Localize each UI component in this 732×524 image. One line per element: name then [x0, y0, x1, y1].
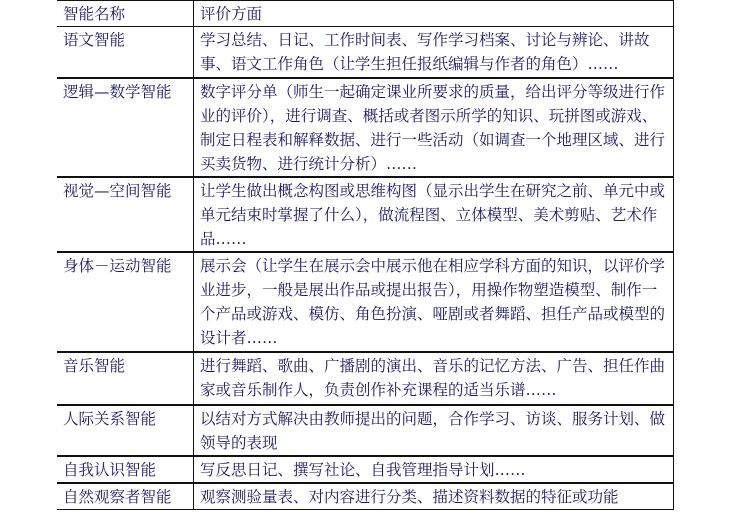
table-header-row: 智能名称 评价方面: [57, 1, 674, 27]
assessment-aspects: 学习总结、日记、工作时间表、写作学习档案、讨论与辨论、讲故事、语文工作角色（让学…: [194, 27, 674, 78]
table-row: 语文智能 学习总结、日记、工作时间表、写作学习档案、讨论与辨论、讲故事、语文工作…: [57, 27, 674, 78]
header-intelligence-name: 智能名称: [57, 1, 194, 27]
table-row: 人际关系智能 以结对方式解决由教师提出的问题，合作学习、访谈、服务计划、做领导的…: [57, 405, 674, 456]
intelligence-name: 音乐智能: [57, 352, 194, 405]
assessment-aspects: 观察测验量表、对内容进行分类、描述资料数据的特征或功能: [194, 483, 674, 510]
assessment-aspects: 让学生做出概念构图或思维构图（显示出学生在研究之前、单元中或单元结束时掌握了什么…: [194, 177, 674, 252]
header-assessment-aspects: 评价方面: [194, 1, 674, 27]
table-row: 自我认识智能 写反思日记、撰写社论、自我管理指导计划……: [57, 456, 674, 483]
table-row: 逻辑—数学智能 数字评分单（师生一起确定课业所要求的质量，给出评分等级进行作业的…: [57, 78, 674, 177]
intelligence-name: 语文智能: [57, 27, 194, 78]
table-row: 视觉—空间智能 让学生做出概念构图或思维构图（显示出学生在研究之前、单元中或单元…: [57, 177, 674, 252]
table-row: 自然观察者智能 观察测验量表、对内容进行分类、描述资料数据的特征或功能: [57, 483, 674, 510]
intelligence-name: 身体－运动智能: [57, 252, 194, 352]
intelligence-name: 人际关系智能: [57, 405, 194, 456]
assessment-aspects: 进行舞蹈、歌曲、广播剧的演出、音乐的记忆方法、广告、担任作曲家或音乐制作人，负责…: [194, 352, 674, 405]
assessment-aspects: 写反思日记、撰写社论、自我管理指导计划……: [194, 456, 674, 483]
intelligence-name: 自然观察者智能: [57, 483, 194, 510]
assessment-aspects: 数字评分单（师生一起确定课业所要求的质量，给出评分等级进行作业的评价），进行调查…: [194, 78, 674, 177]
assessment-aspects: 以结对方式解决由教师提出的问题，合作学习、访谈、服务计划、做领导的表现: [194, 405, 674, 456]
intelligence-assessment-table: 智能名称 评价方面 语文智能 学习总结、日记、工作时间表、写作学习档案、讨论与辨…: [57, 0, 674, 510]
intelligence-name: 自我认识智能: [57, 456, 194, 483]
table-row: 身体－运动智能 展示会（让学生在展示会中展示他在相应学科方面的知识，以评价学业进…: [57, 252, 674, 352]
intelligence-name: 视觉—空间智能: [57, 177, 194, 252]
intelligence-name: 逻辑—数学智能: [57, 78, 194, 177]
assessment-aspects: 展示会（让学生在展示会中展示他在相应学科方面的知识，以评价学业进步，一般是展出作…: [194, 252, 674, 352]
table-row: 音乐智能 进行舞蹈、歌曲、广播剧的演出、音乐的记忆方法、广告、担任作曲家或音乐制…: [57, 352, 674, 405]
